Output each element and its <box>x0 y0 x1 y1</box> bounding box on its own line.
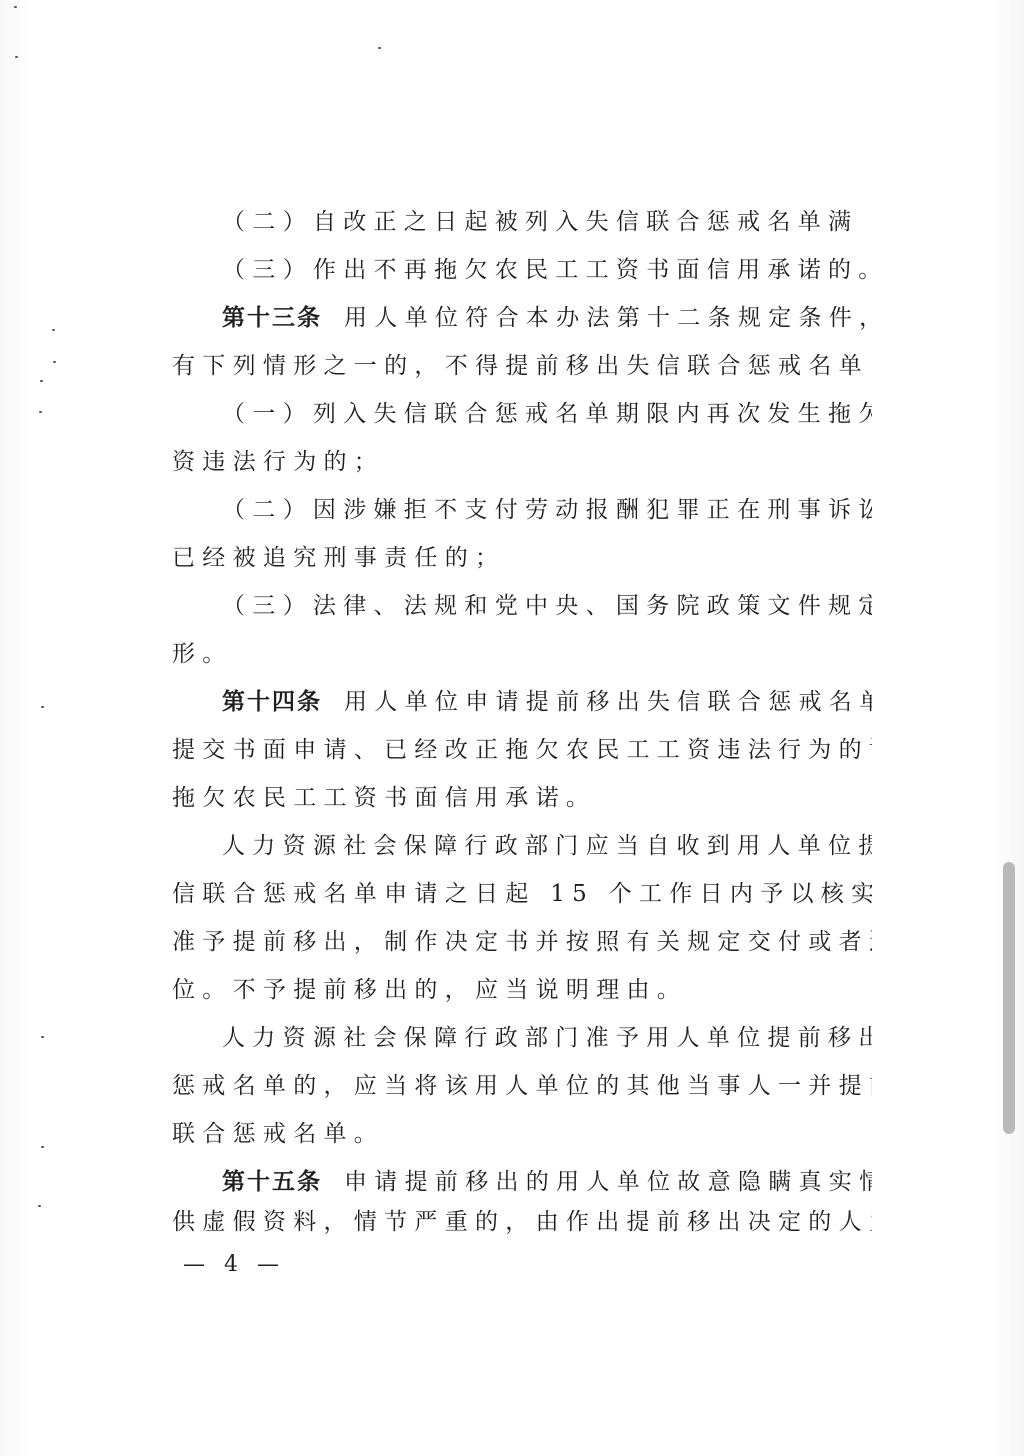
text: （三）法律、法规和党中央、国务院政策文件规定的其他情 <box>222 593 872 619</box>
scan-speck <box>14 6 17 8</box>
continuation-line: 拖欠农民工工资书面信用承诺。 <box>172 780 872 816</box>
text: （三）作出不再拖欠农民工工资书面信用承诺的。 <box>222 257 872 283</box>
scan-speck <box>15 56 18 58</box>
scan-speck <box>40 380 43 382</box>
article-15-heading-line: 第十五条申请提前移出的用人单位故意隐瞒真实情况、提 <box>222 1164 872 1200</box>
article-number: 第十四条 <box>222 689 322 715</box>
text: 拖欠农民工工资书面信用承诺。 <box>172 785 596 811</box>
continuation-line: 位。不予提前移出的，应当说明理由。 <box>172 972 872 1008</box>
vertical-scrollbar-thumb[interactable] <box>1003 862 1015 1134</box>
continuation-line: 已经被追究刑事责任的； <box>172 540 872 576</box>
document-page: （二）自改正之日起被列入失信联合惩戒名单满 6 个月的； （三）作出不再拖欠农民… <box>0 0 1024 1456</box>
scan-speck <box>378 47 381 49</box>
paragraph-line: 人力资源社会保障行政部门应当自收到用人单位提前移出失 <box>222 828 872 864</box>
item-line: （二）因涉嫌拒不支付劳动报酬犯罪正在刑事诉讼期间或者 <box>222 492 872 528</box>
continuation-line: 供虚假资料，情节严重的，由作出提前移出决定的人力资源社会 <box>172 1204 872 1240</box>
continuation-line: 联合惩戒名单。 <box>172 1116 872 1152</box>
paragraph-line: 人力资源社会保障行政部门准予用人单位提前移出失信联合 <box>222 1020 872 1056</box>
item-line: （三）作出不再拖欠农民工工资书面信用承诺的。 <box>222 252 872 288</box>
continuation-line: 提交书面申请、已经改正拖欠农民工工资违法行为的证据和不再 <box>172 732 872 768</box>
item-line: （一）列入失信联合惩戒名单期限内再次发生拖欠农民工工 <box>222 396 872 432</box>
text: 联合惩戒名单。 <box>172 1121 384 1147</box>
text: 已经被追究刑事责任的； <box>172 545 505 571</box>
continuation-line: 有下列情形之一的，不得提前移出失信联合惩戒名单： <box>172 348 872 384</box>
continuation-line: 惩戒名单的，应当将该用人单位的其他当事人一并提前移出失信 <box>172 1068 872 1104</box>
text: 信联合惩戒名单申请之日起 15 个工作日内予以核实，决定是否 <box>172 881 872 907</box>
text: （一）列入失信联合惩戒名单期限内再次发生拖欠农民工工 <box>222 401 872 427</box>
scan-speck <box>41 706 44 708</box>
article-number: 第十三条 <box>222 305 322 331</box>
text: 形。 <box>172 641 233 667</box>
scan-speck <box>53 361 56 363</box>
page-number: — 4 — <box>183 1250 285 1280</box>
article-13-heading-line: 第十三条用人单位符合本办法第十二条规定条件，但是具 <box>222 300 872 336</box>
text: 人力资源社会保障行政部门应当自收到用人单位提前移出失 <box>222 833 872 859</box>
scan-speck <box>41 1036 44 1038</box>
text: 用人单位符合本办法第十二条规定条件，但是具 <box>344 305 872 331</box>
continuation-line: 形。 <box>172 636 872 672</box>
continuation-line: 信联合惩戒名单申请之日起 15 个工作日内予以核实，决定是否 <box>172 876 872 912</box>
text: 申请提前移出的用人单位故意隐瞒真实情况、提 <box>344 1169 872 1195</box>
scan-speck <box>38 1205 41 1207</box>
text: （二）因涉嫌拒不支付劳动报酬犯罪正在刑事诉讼期间或者 <box>222 497 872 523</box>
article-14-heading-line: 第十四条用人单位申请提前移出失信联合惩戒名单，应当 <box>222 684 872 720</box>
scan-speck <box>39 411 42 413</box>
text: 资违法行为的； <box>172 449 384 475</box>
text: （二）自改正之日起被列入失信联合惩戒名单满 6 个月的； <box>222 209 872 235</box>
continuation-line: 资违法行为的； <box>172 444 872 480</box>
continuation-line: 准予提前移出，制作决定书并按照有关规定交付或者送达用人单 <box>172 924 872 960</box>
text: 位。不予提前移出的，应当说明理由。 <box>172 977 687 1003</box>
text: 人力资源社会保障行政部门准予用人单位提前移出失信联合 <box>222 1025 872 1051</box>
article-number: 第十五条 <box>222 1169 322 1195</box>
item-line: （三）法律、法规和党中央、国务院政策文件规定的其他情 <box>222 588 872 624</box>
scan-speck <box>41 1146 44 1148</box>
text: 准予提前移出，制作决定书并按照有关规定交付或者送达用人单 <box>172 929 872 955</box>
text: 供虚假资料，情节严重的，由作出提前移出决定的人力资源社会 <box>172 1209 872 1235</box>
text: 用人单位申请提前移出失信联合惩戒名单，应当 <box>344 689 872 715</box>
scan-speck <box>52 329 55 331</box>
text: 惩戒名单的，应当将该用人单位的其他当事人一并提前移出失信 <box>172 1073 872 1099</box>
text: 有下列情形之一的，不得提前移出失信联合惩戒名单： <box>172 353 872 379</box>
item-line: （二）自改正之日起被列入失信联合惩戒名单满 6 个月的； <box>222 204 872 240</box>
text: 提交书面申请、已经改正拖欠农民工工资违法行为的证据和不再 <box>172 737 872 763</box>
